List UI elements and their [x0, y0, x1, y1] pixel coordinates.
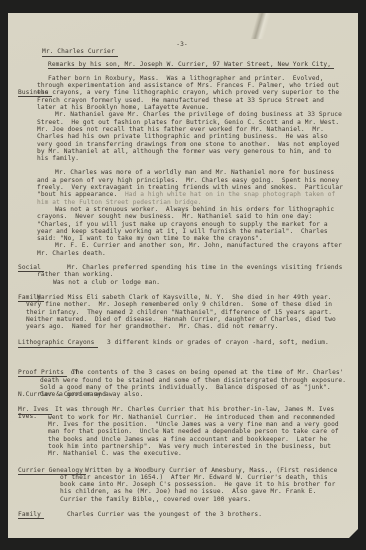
proof-label-line2: N.Currier & Currier and	[18, 391, 106, 398]
section-label-business: Business	[18, 89, 52, 97]
title-row: Mr. Charles Currier	[18, 48, 346, 56]
section-family: Family Married Miss Eli sabeth Clark of …	[18, 294, 346, 330]
paragraph-ives: It was through Mr. Charles Currier that …	[48, 406, 346, 457]
proof-label-rest: of	[67, 369, 78, 376]
section-lithographic-crayons: Lithographic Crayons 3 different kinds o…	[18, 339, 346, 346]
paragraph-family-marriage: Married Miss Eli sabeth Clark of Kaysvil…	[26, 294, 346, 330]
proof-label-line1: Proof Prints of	[18, 369, 106, 376]
document-title: Mr. Charles Currier	[42, 48, 118, 56]
folded-corner	[349, 529, 358, 538]
section-social: Social Mr. Charles preferred spending hi…	[18, 264, 346, 286]
page-number: -3-	[18, 13, 346, 48]
paragraph-nathaniel-privilege: Mr. Nathaniel gave Mr. Charles the privi…	[37, 111, 346, 162]
section-label-mr-ives: Mr. Ives	[18, 406, 52, 414]
paragraph-worldly-man: Mr. Charles was more of a worldly man an…	[37, 169, 346, 205]
photo-backdrop: -3- Mr. Charles Currier Remarks by his s…	[0, 0, 366, 550]
paragraph-not-club-man: Was not a club or lodge man.	[37, 279, 346, 286]
section-family-footer: Family Charles Currier was the youngest …	[18, 511, 346, 518]
paragraph-genealogy: Written by a Woodbury Currier of Amesbur…	[60, 467, 346, 503]
paragraph-crayon-grades: 3 different kinds or grades of crayon -h…	[107, 339, 346, 346]
section-mr-ives: Mr. Ives It was through Mr. Charles Curr…	[18, 406, 346, 457]
paragraph-strenuous-worker: Was not a strenuous worker. Always behin…	[37, 206, 346, 242]
section-label-social: Social	[18, 264, 44, 272]
paragraph-crayons-after-death: Mr. F. E. Currier and another son, Mr. J…	[37, 242, 346, 257]
paragraph-social-evenings: Mr. Charles preferred spending his time …	[37, 264, 346, 279]
document-subtitle: Remarks by his son, Mr. Joseph W. Currie…	[48, 61, 334, 69]
section-proof-prints: Proof Prints of N.Currier & Currier and …	[18, 355, 346, 399]
section-label-currier-genealogy: Currier Genealogy	[18, 467, 86, 475]
section-business: Business Father born in Roxbury, Mass. W…	[18, 75, 346, 257]
subtitle-row: Remarks by his son, Mr. Joseph W. Currie…	[18, 61, 346, 69]
section-label-family: Family	[18, 294, 44, 302]
proof-label-underlined: Proof Prints	[18, 369, 67, 377]
paragraph-youngest-brother: Charles Currier was the youngest of the …	[67, 511, 346, 518]
section-currier-genealogy: Currier Genealogy Written by a Woodbury …	[18, 467, 346, 503]
section-label-family-footer: Family	[18, 511, 44, 519]
paragraph-father-born: Father born in Roxbury, Mass. Was a lith…	[37, 75, 346, 111]
section-label-lithographic-crayons: Lithographic Crayons	[18, 339, 98, 347]
document-page: -3- Mr. Charles Currier Remarks by his s…	[8, 13, 358, 538]
